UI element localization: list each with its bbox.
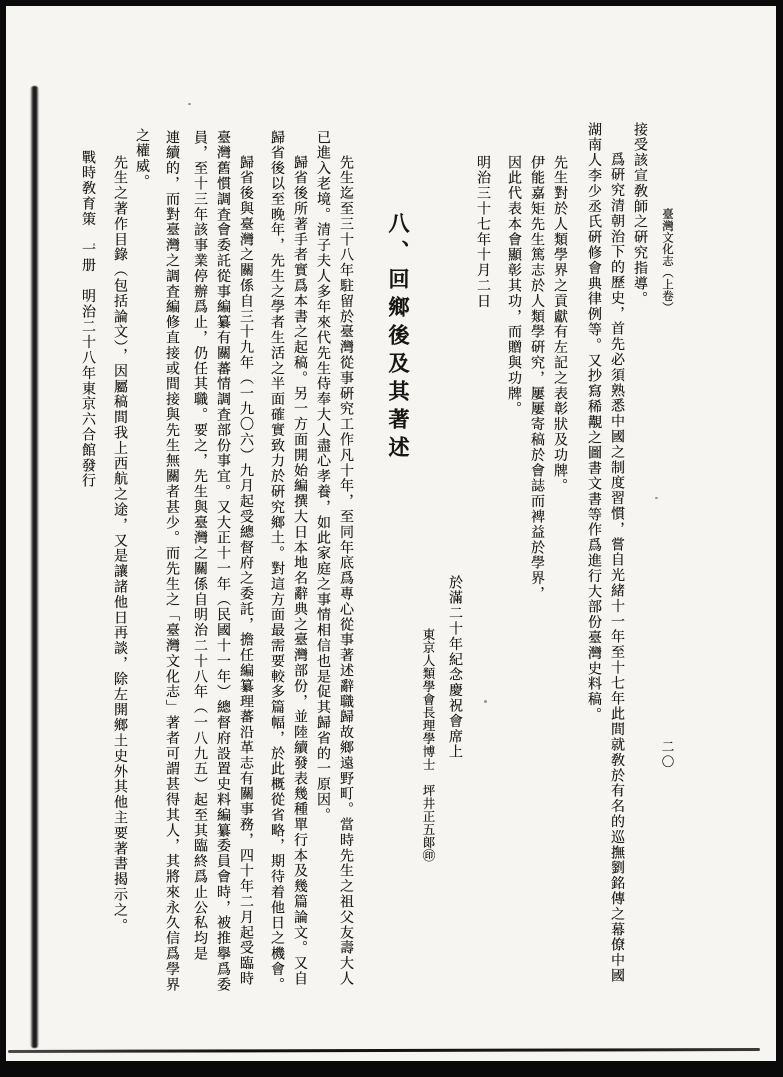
scan-border-left [0,0,6,1077]
body-column: 歸省後與臺灣之關係自三十九年（一九〇六）九月起受總督府之委託，擔任編纂理蕃沿革志… [235,155,257,987]
binding-gutter-shadow [30,86,39,1048]
quote-signature-column: 東京人類學會長理學博士 坪井正五郞㊞ [417,628,439,862]
body-column: 先生之著作目錄（包括論文），因屬稿間我上西航之途，又是讓諸他日再談，除左開鄉土史… [109,155,131,933]
body-column: 連續的，而對臺灣之調査編修直接或間接與先生無關者甚少。而先生之「臺灣文化志」著者… [161,130,183,992]
scan-speck [655,497,658,499]
quote-occasion-column: 於滿二十年紀念慶祝會席上 [444,575,466,760]
book-list-entry-column: 戰時敎育策 一册 明治二十八年東京六合館發行 [77,150,99,489]
scan-border-right [776,0,783,1077]
scan-speck [484,700,487,703]
book-title: 臺灣文化志（上卷） [657,208,679,313]
quote-column: 因此代表本會顯彰其功，而贈與功牌。 [503,155,525,417]
quote-column: 伊能嘉矩先生篤志於人類學硏究，屢屢寄稿於會誌而裨益於學界， [526,155,548,602]
body-column: 之權威。 [131,128,153,190]
body-column: 歸省後以至晚年，先生之學者生活之半面確實致力於硏究鄉土。對這方面最需要較多篇幅，… [266,130,288,992]
body-column: 臺灣舊慣調査會委託從事編纂有關蕃情調査部份事宜。又大正十一年（民國十一年）總督府… [212,130,234,992]
quote-column: 湖南人李少丞氏硏修會典律例等。又抄寫稀覯之圖書文書等作爲進行大部份臺灣史料稿。 [583,122,605,723]
scan-crease-line [8,1048,760,1053]
body-column: 先生迄至三十八年駐留於臺灣從事硏究工作凡十年，至同年底爲專心從事著述辭職歸故鄉遠… [335,155,357,987]
page-number: 二〇 [656,740,678,770]
body-column: 員，至十三年該事業停辦爲止，仍任其職。要之，先生與臺灣之關係自明治二十八年（一八… [189,130,211,962]
quote-column: 先生對於人類學界之貢獻有左記之表彰狀及功牌。 [549,155,571,494]
scanned-book-page: 臺灣文化志（上卷） 二〇 接受該宣敎師之硏究指導。 爲硏究清朝治下的歷史，首先必… [0,0,783,1077]
section-heading: 八、回鄉後及其著述 [384,212,412,464]
scan-border-bottom [0,1061,783,1077]
body-column: 已進入老境。清子夫人多年來代先生侍奉大人盡心孝養，如此家庭之事情相信也是促其歸省… [312,130,334,823]
quote-date-column: 明治三十七年十月二日 [472,155,494,309]
scan-speck [188,103,191,105]
quote-column: 接受該宣敎師之硏究指導。 [629,122,651,307]
quote-column: 爲硏究清朝治下的歷史，首先必須熟悉中國之制度習慣，嘗自光緒十一年至十七年此間就敎… [606,152,628,984]
body-column: 歸省後所著手者實爲本書之起稿。另一方面開始編撰大日本地名辭典之臺灣部份，並陸續發… [289,155,311,987]
scan-border-top [0,0,783,6]
